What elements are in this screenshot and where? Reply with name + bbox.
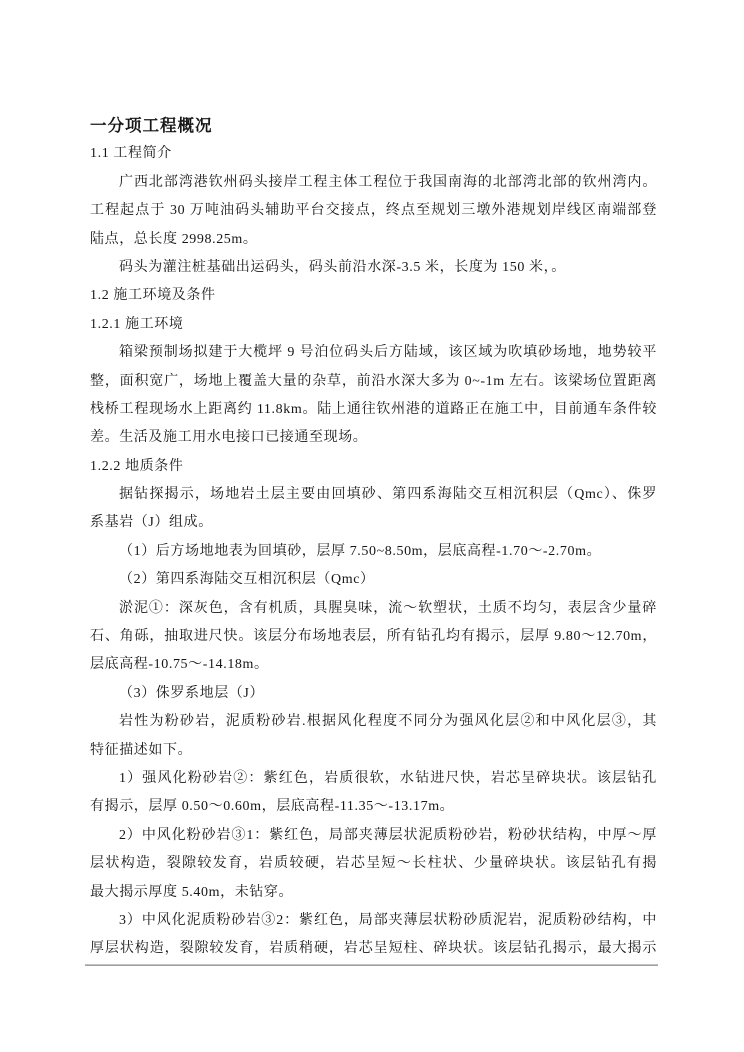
paragraph-line: 层状构造，裂隙较发育，岩质较硬，岩芯呈短～长柱状、少量碎块状。该层钻孔有揭示， bbox=[90, 850, 657, 878]
paragraph-line: 码头为灌注桩基础出运码头，码头前沿水深-3.5 米，长度为 150 米，。 bbox=[90, 254, 657, 282]
section-heading-1-2: 1.2 施工环境及条件 bbox=[90, 282, 657, 310]
paragraph-line: 淤泥①：深灰色，含有机质，具腥臭味，流～软塑状，土质不均匀，表层含少量碎 bbox=[90, 595, 657, 623]
paragraph-line: 箱梁预制场拟建于大榄坪 9 号泊位码头后方陆域，该区域为吹填砂场地，地势较平 bbox=[90, 339, 657, 367]
paragraph-line: 岩性为粉砂岩，泥质粉砂岩.根据风化程度不同分为强风化层②和中风化层③，其 bbox=[90, 708, 657, 736]
list-item-line: 2）中风化粉砂岩③1：紫红色，局部夹薄层状泥质粉砂岩，粉砂状结构，中厚～厚 bbox=[90, 822, 657, 850]
list-item-line: （2）第四系海陆交互相沉积层（Qmc） bbox=[90, 566, 657, 594]
document-content: 一分项工程概况 1.1 工程简介 广西北部湾港钦州码头接岸工程主体工程位于我国南… bbox=[90, 112, 657, 964]
paragraph-line: 最大揭示厚度 5.40m，未钻穿。 bbox=[90, 879, 657, 907]
paragraph-line: 差。生活及施工用水电接口已接通至现场。 bbox=[90, 424, 657, 452]
footer-separator-rule bbox=[85, 964, 658, 966]
paragraph-line: 广西北部湾港钦州码头接岸工程主体工程位于我国南海的北部湾北部的钦州湾内。 bbox=[90, 169, 657, 197]
section-heading-1-1: 1.1 工程简介 bbox=[90, 140, 657, 168]
section-heading-1-2-2: 1.2.2 地质条件 bbox=[90, 453, 657, 481]
list-item-line: 3）中风化泥质粉砂岩③2：紫红色，局部夹薄层状粉砂质泥岩，泥质粉砂结构，中 bbox=[90, 907, 657, 935]
section-heading-1-2-1: 1.2.1 施工环境 bbox=[90, 311, 657, 339]
paragraph-line: 栈桥工程现场水上距离约 11.8km。陆上通往钦州港的道路正在施工中，目前通车条… bbox=[90, 396, 657, 424]
paragraph-line: 整，面积宽广，场地上覆盖大量的杂草，前沿水深大多为 0~-1m 左右。该梁场位置… bbox=[90, 368, 657, 396]
list-item-line: 1）强风化粉砂岩②：紫红色，岩质很软，水钻进尺快，岩芯呈碎块状。该层钻孔 bbox=[90, 765, 657, 793]
paragraph-line: 陆点，总长度 2998.25m。 bbox=[90, 226, 657, 254]
paragraph-line: 层底高程-10.75～-14.18m。 bbox=[90, 651, 657, 679]
document-page: 一分项工程概况 1.1 工程简介 广西北部湾港钦州码头接岸工程主体工程位于我国南… bbox=[0, 0, 744, 1052]
paragraph-line: 厚层状构造，裂隙较发育，岩质稍硬，岩芯呈短柱、碎块状。该层钻孔揭示，最大揭示 bbox=[90, 935, 657, 963]
page-heading: 一分项工程概况 bbox=[90, 112, 657, 140]
list-item-line: （1）后方场地地表为回填砂，层厚 7.50~8.50m，层底高程-1.70～-2… bbox=[90, 538, 657, 566]
paragraph-line: 工程起点于 30 万吨油码头辅助平台交接点，终点至规划三墩外港规划岸线区南端部登 bbox=[90, 197, 657, 225]
paragraph-line: 石、角砾，抽取进尺快。该层分布场地表层，所有钻孔均有揭示，层厚 9.80～12.… bbox=[90, 623, 657, 651]
paragraph-line: 据钻探揭示，场地岩土层主要由回填砂、第四系海陆交互相沉积层（Qmc）、侏罗 bbox=[90, 481, 657, 509]
list-item-line: （3）侏罗系地层（J） bbox=[90, 680, 657, 708]
paragraph-line: 系基岩（J）组成。 bbox=[90, 509, 657, 537]
paragraph-line: 特征描述如下。 bbox=[90, 737, 657, 765]
paragraph-line: 有揭示，层厚 0.50～0.60m，层底高程-11.35～-13.17m。 bbox=[90, 793, 657, 821]
